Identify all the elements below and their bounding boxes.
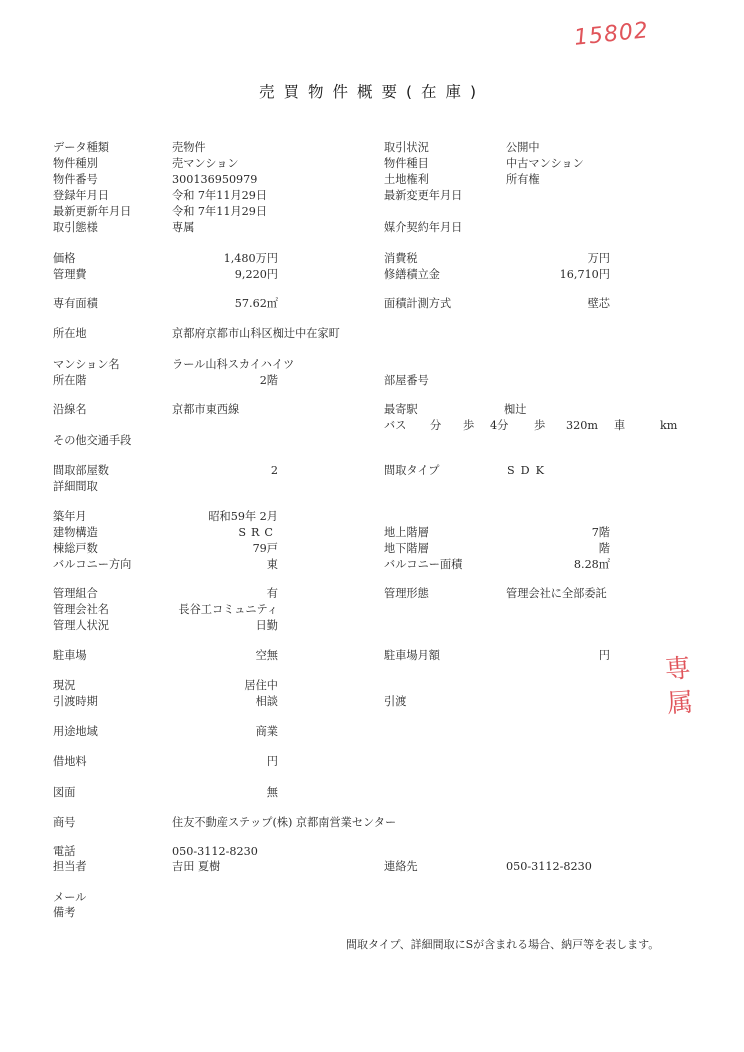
label-parking-monthly: 駐車場月額 [384, 649, 440, 663]
label-repair-reserve: 修繕積立金 [384, 268, 440, 282]
label-structure: 建物構造 [53, 526, 98, 540]
label-property-number: 物件番号 [53, 173, 98, 187]
access-car-unit: km [660, 419, 677, 433]
value-area-measurement: 壁芯 [500, 297, 610, 311]
value-transaction-status: 公開中 [506, 141, 540, 155]
value-manager-status: 日勤 [170, 619, 278, 633]
value-location: 京都府京都市山科区椥辻中在家町 [172, 327, 340, 341]
label-balcony-direction: バルコニー方向 [53, 558, 131, 572]
value-repair-reserve: 16,710円 [500, 268, 610, 282]
value-nearest-station: 椥辻 [504, 403, 526, 417]
label-detailed-layout: 詳細間取 [53, 480, 98, 494]
label-transaction-status: 取引状況 [384, 141, 429, 155]
access-walk-distance-label: 歩 [534, 419, 545, 433]
value-management-fee: 9,220円 [170, 268, 278, 282]
value-balcony-area: 8.28㎡ [500, 558, 610, 572]
label-floor: 所在階 [53, 374, 87, 388]
label-property-category: 物件種別 [53, 157, 98, 171]
label-price: 価格 [53, 252, 75, 266]
label-registration-date: 登録年月日 [53, 189, 109, 203]
value-management-company: 長谷工コミュニティ [170, 603, 278, 617]
property-summary-sheet: 15802 専属 売買物件概要(在庫) データ種類 売物件 物件種別 売マンショ… [0, 0, 744, 1052]
access-walk-minutes: 4分 [490, 419, 508, 433]
label-person-in-charge: 担当者 [53, 860, 87, 874]
value-room-count: 2 [170, 464, 278, 478]
label-area-measurement: 面積計測方式 [384, 297, 451, 311]
label-current-status: 現況 [53, 679, 75, 693]
label-mansion-name: マンション名 [53, 358, 120, 372]
label-contact: 連絡先 [384, 860, 418, 874]
value-data-type: 売物件 [172, 141, 206, 155]
label-remarks: 備考 [53, 906, 75, 920]
value-management-association: 有 [170, 587, 278, 601]
value-parking-monthly: 円 [500, 649, 610, 663]
label-management-company: 管理会社名 [53, 603, 109, 617]
label-trade-name: 商号 [53, 816, 75, 830]
value-consumption-tax: 万円 [500, 252, 610, 266]
value-last-update-date: 令和 7年11月29日 [172, 205, 267, 219]
label-last-update-date: 最新更新年月日 [53, 205, 131, 219]
label-data-type: データ種類 [53, 141, 109, 155]
label-floors-above: 地上階層 [384, 526, 429, 540]
label-floors-below: 地下階層 [384, 542, 429, 556]
value-phone: 050-3112-8230 [172, 845, 258, 859]
label-property-item: 物件種目 [384, 157, 429, 171]
label-location: 所在地 [53, 327, 87, 341]
label-zoning: 用途地域 [53, 725, 98, 739]
value-handover-timing: 相談 [170, 695, 278, 709]
value-price: 1,480万円 [170, 252, 278, 266]
label-total-units: 棟総戸数 [53, 542, 98, 556]
label-exclusive-area: 専有面積 [53, 297, 98, 311]
value-land-lease-fee: 円 [170, 755, 278, 769]
value-land-rights: 所有権 [506, 173, 540, 187]
label-land-rights: 土地権利 [384, 173, 429, 187]
value-trade-name: 住友不動産ステップ(株) 京都南営業センター [172, 816, 396, 830]
value-zoning: 商業 [170, 725, 278, 739]
value-floor: 2階 [170, 374, 278, 388]
label-room-count: 間取部屋数 [53, 464, 109, 478]
value-parking: 空無 [170, 649, 278, 663]
label-land-lease-fee: 借地料 [53, 755, 87, 769]
value-balcony-direction: 東 [170, 558, 278, 572]
label-parking: 駐車場 [53, 649, 87, 663]
value-management-form: 管理会社に全部委託 [506, 587, 607, 601]
label-management-form: 管理形態 [384, 587, 429, 601]
label-handover: 引渡 [384, 695, 406, 709]
value-mansion-name: ラール山科スカイハイツ [172, 358, 294, 372]
label-consumption-tax: 消費税 [384, 252, 418, 266]
handwritten-number: 15802 [573, 18, 650, 51]
footnote: 間取タイプ、詳細間取にSが含まれる場合、納戸等を表します。 [346, 936, 659, 952]
value-floors-above: 7階 [500, 526, 610, 540]
label-brokerage-contract-date: 媒介契約年月日 [384, 221, 462, 235]
label-line-name: 沿線名 [53, 403, 87, 417]
value-layout-type: SDK [507, 464, 550, 478]
value-registration-date: 令和 7年11月29日 [172, 189, 267, 203]
label-management-association: 管理組合 [53, 587, 98, 601]
value-line-name: 京都市東西線 [172, 403, 239, 417]
label-transaction-mode: 取引態様 [53, 221, 98, 235]
value-transaction-mode: 専属 [172, 221, 194, 235]
label-balcony-area: バルコニー面積 [384, 558, 462, 572]
value-floor-plan: 無 [170, 786, 278, 800]
label-manager-status: 管理人状況 [53, 619, 109, 633]
value-person-in-charge: 吉田 夏樹 [172, 860, 220, 874]
value-exclusive-area: 57.62㎡ [170, 297, 278, 311]
handwritten-note: 専属 [664, 651, 709, 722]
label-floor-plan: 図面 [53, 786, 75, 800]
value-contact: 050-3112-8230 [506, 860, 592, 874]
value-total-units: 79戸 [170, 542, 278, 556]
value-property-number: 300136950979 [172, 173, 257, 187]
value-current-status: 居住中 [170, 679, 278, 693]
label-email: メール [53, 891, 86, 905]
value-floors-below: 階 [500, 542, 610, 556]
access-bus-label: バス [384, 419, 406, 433]
page-title: 売買物件概要(在庫) [0, 80, 744, 102]
access-walk-distance: 320m [566, 419, 598, 433]
value-property-category: 売マンション [172, 157, 239, 171]
value-property-item: 中古マンション [506, 157, 584, 171]
label-management-fee: 管理費 [53, 268, 87, 282]
access-bus-minutes-unit: 分 [430, 419, 441, 433]
label-phone: 電話 [53, 845, 75, 859]
label-handover-timing: 引渡時期 [53, 695, 98, 709]
label-room-number: 部屋番号 [384, 374, 429, 388]
label-nearest-station: 最寄駅 [384, 403, 418, 417]
access-walk-label: 歩 [463, 419, 474, 433]
label-other-transport: その他交通手段 [53, 434, 131, 448]
value-built-date: 昭和59年 2月 [170, 510, 278, 524]
access-car-label: 車 [614, 419, 625, 433]
value-structure: SRC [170, 526, 278, 540]
label-built-date: 築年月 [53, 510, 87, 524]
label-layout-type: 間取タイプ [384, 464, 439, 478]
label-last-change-date: 最新変更年月日 [384, 189, 462, 203]
